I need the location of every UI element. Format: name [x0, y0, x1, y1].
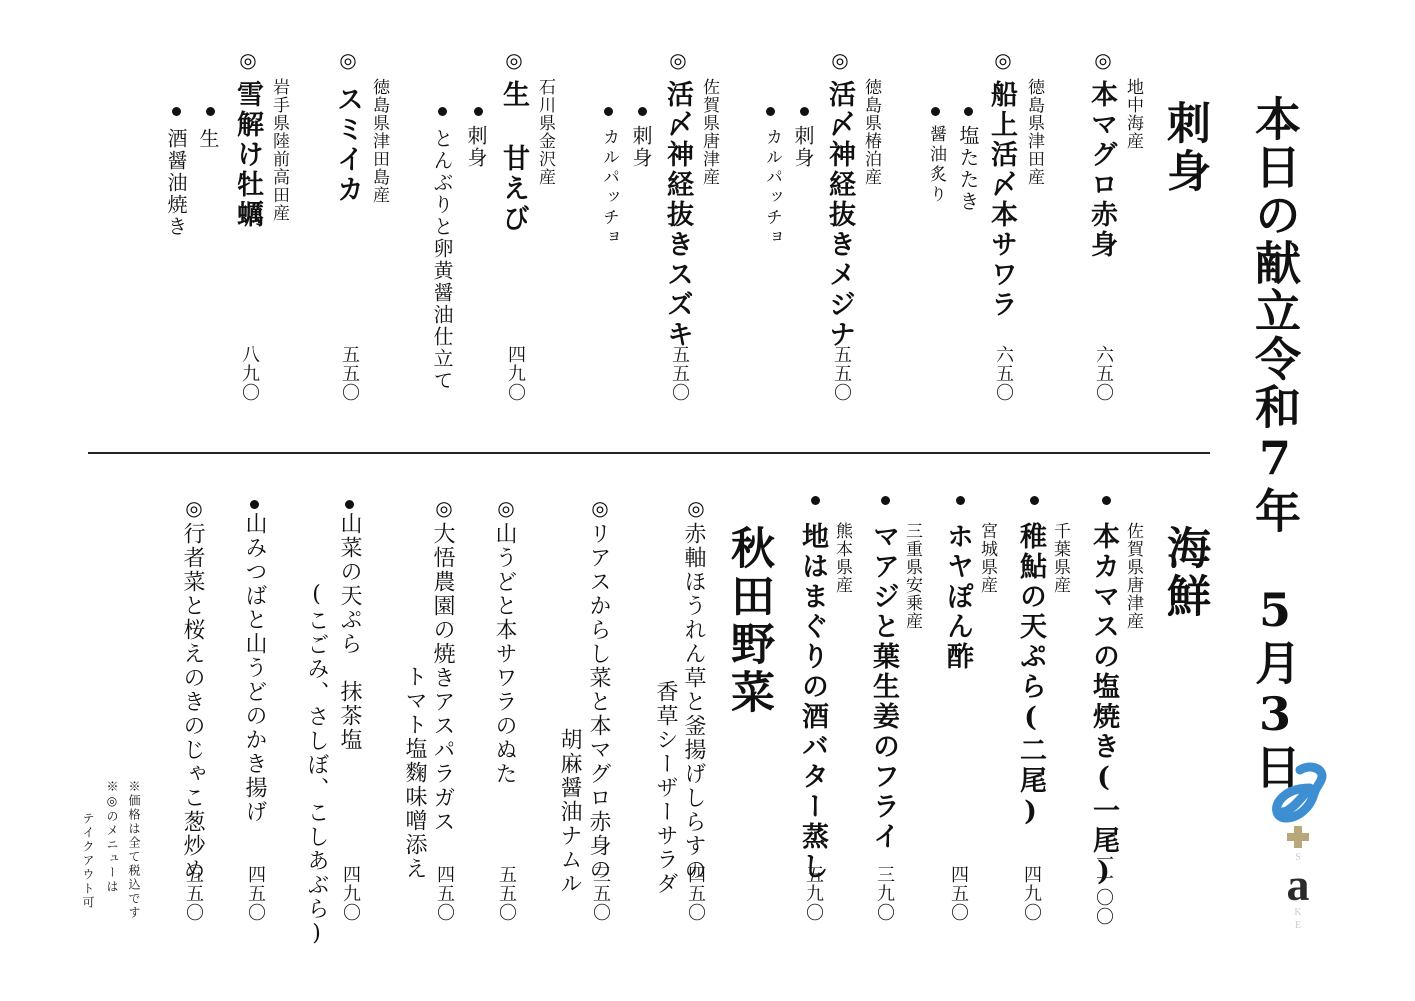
item-price: 四五〇	[949, 865, 967, 922]
bullet-icon	[206, 107, 215, 116]
item-price: 八九〇	[240, 345, 258, 402]
item-option: 醤油炙り	[927, 125, 944, 205]
logo-mark-icon: S a K E	[1270, 760, 1340, 950]
item-origin: 石川県金沢産	[536, 78, 553, 186]
item-option: 刺身	[631, 125, 651, 169]
item-name: 雪解け牡蠣	[234, 80, 261, 230]
item-origin: 佐賀県唐津産	[1124, 522, 1141, 630]
double-circle-icon: ◎	[830, 48, 850, 72]
item-price: 四五〇	[246, 865, 264, 922]
item-name: 稚鮎の天ぷら(二尾)	[1017, 522, 1044, 830]
item-option: 酒醤油焼き	[166, 128, 186, 238]
item-origin: 佐賀県唐津産	[700, 78, 717, 186]
bullet-icon	[811, 496, 820, 505]
bullet-icon	[172, 107, 181, 116]
double-circle-icon: ◎	[434, 496, 454, 520]
item-option: カルパッチョ	[763, 128, 780, 248]
bullet-icon	[1030, 496, 1039, 505]
item-price: 五五〇	[184, 865, 202, 922]
item-origin: 徳島県津田島産	[370, 78, 387, 204]
note-takeout-2: テイクアウト可	[82, 812, 94, 910]
item-option: カルパッチョ	[600, 128, 617, 248]
item-origin: 徳島県椿泊産	[862, 78, 879, 186]
bullet-icon	[881, 496, 890, 505]
item-name: 赤軸ほうれん草と釜揚げしらすの	[682, 522, 704, 882]
item-price: 五五〇	[497, 865, 515, 922]
item-price: 三九〇	[875, 865, 893, 922]
item-price: 四五〇	[435, 865, 453, 922]
menu-title: 本日の献立	[1252, 95, 1298, 335]
section-heading-vegetables: 秋田野菜	[726, 525, 770, 717]
note-takeout: ※◎のメニューは	[106, 780, 118, 894]
bullet-icon	[474, 107, 483, 116]
item-name-line2: (こごみ、さしぼ、こしあぶら)	[305, 582, 327, 948]
section-heading-sashimi: 刺身	[1162, 100, 1206, 196]
item-name-line2: トマト塩麴味噌添え	[403, 665, 425, 881]
item-price: 六五〇	[994, 345, 1012, 402]
item-name: 山みつばと山うどのかき揚げ	[243, 512, 265, 824]
bullet-icon	[345, 500, 354, 509]
double-circle-icon: ◎	[504, 48, 524, 72]
menu-page: 本日の献立 令和7年 5月3日 刺身 ◎ 地中海産 本マグロ赤身 六五〇 ◎ 徳…	[0, 0, 1415, 1001]
item-price: 三五〇	[591, 865, 609, 922]
bullet-icon	[964, 107, 973, 116]
bullet-icon	[931, 107, 940, 116]
item-name: マアジと葉生姜のフライ	[870, 522, 897, 852]
item-price: 五九〇	[804, 865, 822, 922]
section-heading-seafood: 海鮮	[1162, 525, 1206, 621]
item-name: 大悟農園の焼きアスパラガス	[431, 522, 453, 834]
item-price: 四九〇	[1022, 865, 1040, 922]
item-name: 活〆神経抜きスズキ	[664, 80, 691, 350]
item-origin: 徳島県津田産	[1025, 78, 1042, 186]
item-option: 刺身	[466, 125, 486, 169]
item-name: 地はまぐりの酒バター蒸し	[799, 522, 826, 882]
item-origin: 宮城県産	[978, 522, 995, 594]
item-name: 生 甘えび	[500, 80, 527, 234]
item-option: 刺身	[793, 125, 813, 169]
double-circle-icon: ◎	[496, 496, 516, 520]
double-circle-icon: ◎	[590, 496, 610, 520]
item-option: 生	[198, 128, 218, 150]
item-name: ホヤぽん酢	[944, 522, 971, 672]
item-option: 塩たたき	[958, 125, 978, 213]
item-price: 四五〇	[686, 865, 704, 922]
bullet-icon	[800, 107, 809, 116]
note-tax-included: ※価格は全て税込です	[128, 780, 140, 920]
item-price: 一一〇〇	[1094, 850, 1112, 926]
bullet-icon	[766, 107, 775, 116]
item-price: 六五〇	[1094, 345, 1112, 402]
item-origin: 千葉県産	[1051, 522, 1068, 594]
item-price: 四九〇	[506, 345, 524, 402]
item-origin: 岩手県陸前高田産	[270, 78, 287, 222]
item-name: 山菜の天ぷら 抹茶塩	[338, 512, 360, 752]
bullet-icon	[956, 496, 965, 505]
item-name: 本カマスの塩焼き(一尾)	[1090, 522, 1117, 890]
svg-text:E: E	[1295, 920, 1301, 931]
double-circle-icon: ◎	[993, 48, 1013, 72]
item-name: リアスからし菜と本マグロ赤身の	[587, 522, 609, 882]
double-circle-icon: ◎	[1093, 48, 1113, 72]
item-name: 本マグロ赤身	[1088, 80, 1115, 260]
item-origin: 三重県安乗産	[903, 522, 920, 630]
item-name: 山うどと本サワラのぬた	[493, 522, 515, 786]
svg-text:a: a	[1287, 859, 1310, 910]
double-circle-icon: ◎	[686, 496, 706, 520]
item-name-line2: 香草シーザーサラダ	[654, 680, 676, 896]
item-name: 活〆神経抜きメジナ	[826, 80, 853, 350]
bullet-icon	[438, 107, 447, 116]
bullet-icon	[1102, 496, 1111, 505]
bullet-icon	[638, 107, 647, 116]
item-option: とんぶりと卵黄醤油仕立て	[432, 128, 452, 392]
item-price: 五五〇	[670, 345, 688, 402]
item-name: 行者菜と桜えのきのじゃこ葱炒め	[181, 522, 203, 882]
item-price: 五五〇	[832, 345, 850, 402]
svg-text:K: K	[1294, 907, 1302, 918]
double-circle-icon: ◎	[338, 48, 358, 72]
shop-logo: S a K E	[1270, 760, 1340, 950]
item-name: 船上活〆本サワラ	[988, 80, 1015, 320]
double-circle-icon: ◎	[668, 48, 688, 72]
item-price: 五五〇	[340, 345, 358, 402]
item-name: スミイカ	[334, 85, 361, 205]
item-origin: 熊本県産	[833, 522, 850, 594]
menu-date: 令和7年 5月3日	[1252, 335, 1298, 791]
bullet-icon	[604, 107, 613, 116]
item-name-line2: 胡麻醤油ナムル	[558, 728, 580, 896]
item-price: 四九〇	[341, 865, 359, 922]
double-circle-icon: ◎	[238, 48, 258, 72]
item-origin: 地中海産	[1124, 78, 1141, 150]
bullet-icon	[250, 500, 259, 509]
double-circle-icon: ◎	[184, 496, 204, 520]
section-divider	[88, 452, 1210, 454]
